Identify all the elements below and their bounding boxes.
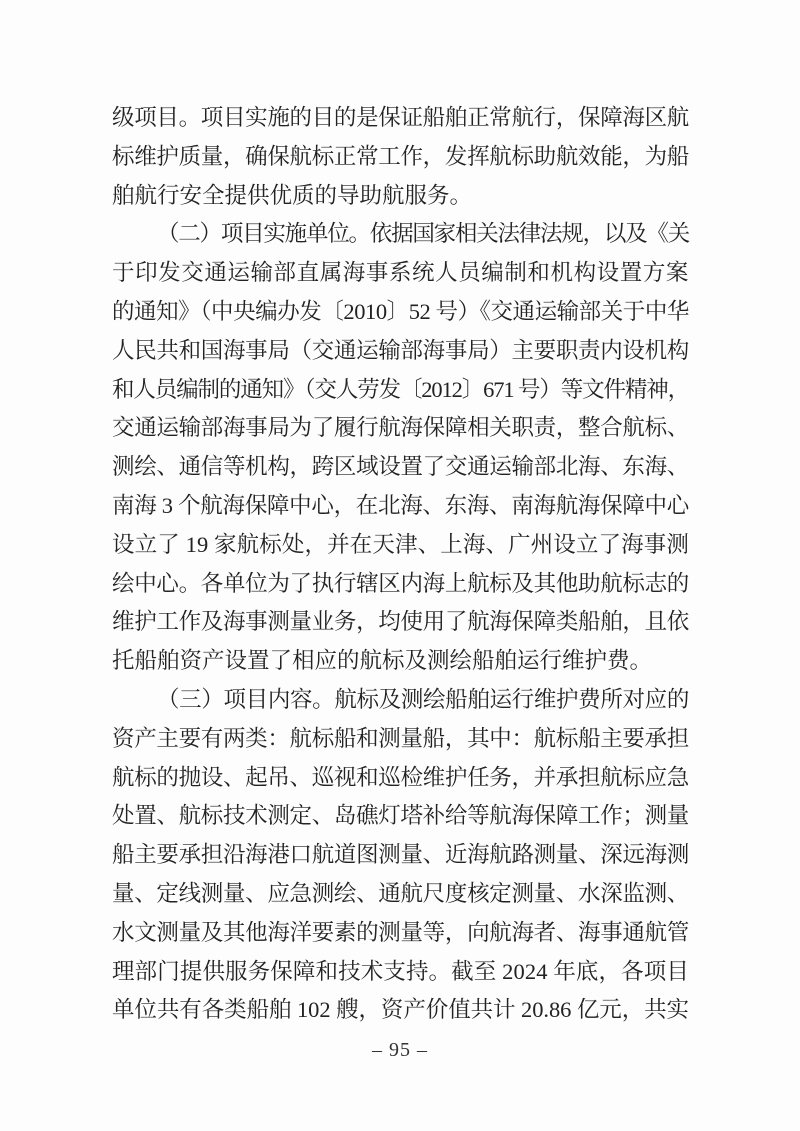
text-line: 交通运输部海事局为了履行航海保障相关职责，整合航标、 — [112, 409, 689, 448]
text-line: 级项目。项目实施的目的是保证船舶正常航行，保障海区航 — [112, 99, 689, 138]
text-line: 设立了 19 家航标处，并在天津、上海、广州设立了海事测 — [112, 526, 689, 565]
text-line: （二）项目实施单位。依据国家相关法律法规，以及《关 — [112, 215, 689, 254]
text-line: 处置、航标技术测定、岛礁灯塔补给等航海保障工作；测量 — [112, 797, 689, 836]
text-line: 单位共有各类船舶 102 艘，资产价值共计 20.86 亿元，共实 — [112, 991, 689, 1030]
body-text: 级项目。项目实施的目的是保证船舶正常航行，保障海区航 标维护质量，确保航标正常工… — [112, 99, 689, 1030]
text-line: 量、定线测量、应急测绘、通航尺度核定测量、水深监测、 — [112, 875, 689, 914]
text-line: 航标的抛设、起吊、巡视和巡检维护任务，并承担航标应急 — [112, 759, 689, 798]
text-line: 标维护质量，确保航标正常工作，发挥航标助航效能，为船 — [112, 138, 689, 177]
page-number: – 95 – — [0, 1039, 800, 1062]
text-line: 南海 3 个航海保障中心，在北海、东海、南海航海保障中心 — [112, 487, 689, 526]
text-line: 于印发交通运输部直属海事系统人员编制和机构设置方案 — [112, 254, 689, 293]
text-line: 的通知》（中央编办发〔2010〕52 号）《交通运输部关于中华 — [112, 293, 689, 332]
text-line: 舶航行安全提供优质的导助航服务。 — [112, 177, 689, 216]
text-line: 维护工作及海事测量业务，均使用了航海保障类船舶，且依 — [112, 603, 689, 642]
document-page: 级项目。项目实施的目的是保证船舶正常航行，保障海区航 标维护质量，确保航标正常工… — [0, 0, 800, 1131]
text-line: 托船舶资产设置了相应的航标及测绘船舶运行维护费。 — [112, 642, 689, 681]
text-line: 人民共和国海事局（交通运输部海事局）主要职责内设机构 — [112, 332, 689, 371]
text-line: 资产主要有两类：航标船和测量船，其中：航标船主要承担 — [112, 720, 689, 759]
text-line: 和人员编制的通知》（交人劳发〔2012〕671 号）等文件精神， — [112, 371, 689, 410]
text-line: 船主要承担沿海港口航道图测量、近海航路测量、深远海测 — [112, 836, 689, 875]
text-line: 绘中心。各单位为了执行辖区内海上航标及其他助航标志的 — [112, 565, 689, 604]
text-line: （三）项目内容。航标及测绘船舶运行维护费所对应的 — [112, 681, 689, 720]
text-line: 理部门提供服务保障和技术支持。截至 2024 年底，各项目 — [112, 953, 689, 992]
text-line: 水文测量及其他海洋要素的测量等，向航海者、海事通航管 — [112, 914, 689, 953]
text-line: 测绘、通信等机构，跨区域设置了交通运输部北海、东海、 — [112, 448, 689, 487]
